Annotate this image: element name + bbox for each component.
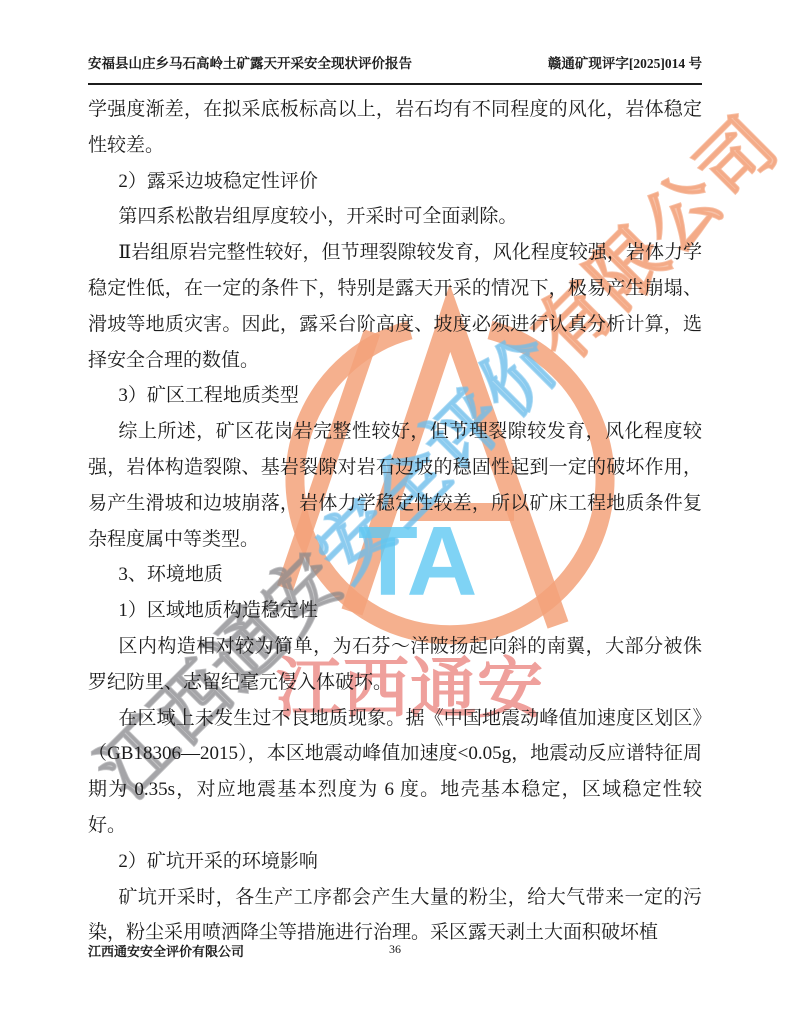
- paragraph: Ⅱ岩组原岩完整性较好，但节理裂隙较发育，风化程度较强，岩体力学稳定性低，在一定的…: [88, 235, 702, 378]
- footer-page-number: 36: [0, 942, 790, 957]
- paragraph: 3、环境地质: [88, 557, 702, 593]
- paragraph: 在区域上未发生过不良地质现象。据《中国地震动峰值加速度区划区》（GB18306—…: [88, 701, 702, 844]
- paragraph: 1）区域地质构造稳定性: [88, 593, 702, 629]
- paragraph: 综上所述，矿区花岗岩完整性较好，但节理裂隙较发育，风化程度较强，岩体构造裂隙、基…: [88, 414, 702, 557]
- paragraph: 2）露采边坡稳定性评价: [88, 164, 702, 200]
- report-body: 学强度渐差，在拟采底板标高以上，岩石均有不同程度的风化，岩体稳定性较差。2）露采…: [88, 92, 702, 951]
- paragraph: 区内构造相对较为简单，为石芬～洋陂扬起向斜的南翼，大部分被侏罗纪防里、志留纪毫元…: [88, 629, 702, 701]
- paragraph: 学强度渐差，在拟采底板标高以上，岩石均有不同程度的风化，岩体稳定性较差。: [88, 92, 702, 164]
- paragraph: 3）矿区工程地质类型: [88, 378, 702, 414]
- report-title: 安福县山庄乡马石高岭土矿露天开采安全现状评价报告: [88, 52, 412, 72]
- report-page: 江西通安安全评价有限公司 TA 江西通安 安福县山庄乡马石高岭土矿露天开采安全现…: [0, 0, 790, 1022]
- doc-number: 赣通矿现评字[2025]014 号: [548, 52, 702, 72]
- paragraph: 第四系松散岩组厚度较小，开采时可全面剥除。: [88, 199, 702, 235]
- page-header: 安福县山庄乡马石高岭土矿露天开采安全现状评价报告 赣通矿现评字[2025]014…: [88, 52, 702, 85]
- paragraph: 2）矿坑开采的环境影响: [88, 844, 702, 880]
